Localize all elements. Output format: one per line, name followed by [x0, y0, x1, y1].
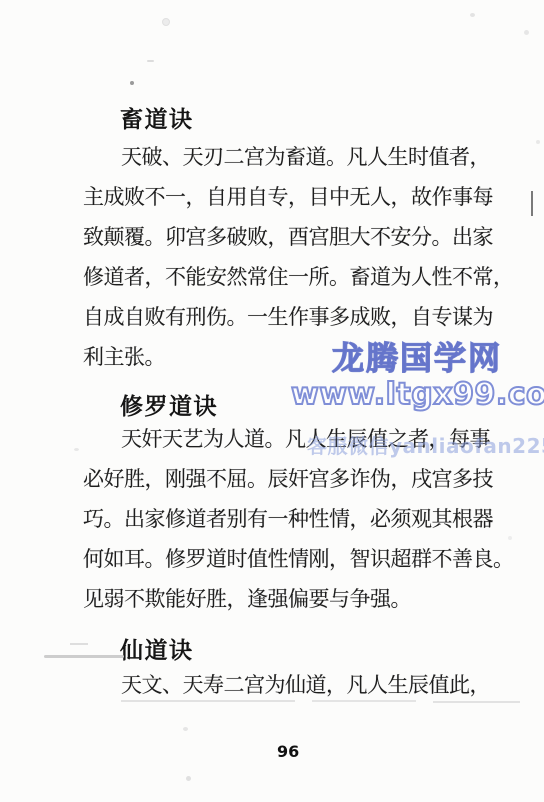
watermark-contact-wechat: 客服微信yanliaofan225 — [307, 430, 544, 459]
watermark-site-name: 龙腾国学网 — [332, 333, 502, 379]
scan-speckle — [508, 536, 512, 540]
section-heading-xiuluodao: 修罗道诀 — [120, 388, 218, 421]
text-line: 天文、天寿二宫为仙道，凡人生辰值此， — [83, 665, 503, 705]
scan-artifact-faint-rule — [121, 700, 295, 702]
section-heading-chudao: 畜道诀 — [120, 101, 194, 134]
scan-speckle — [524, 30, 529, 35]
section-heading-xiandao: 仙道诀 — [120, 632, 194, 665]
text-line: 天破、天刃二宫为畜道。凡人生时值者， — [83, 137, 503, 177]
scan-speckle — [536, 140, 540, 144]
scan-speckle — [183, 727, 188, 731]
scan-artifact-vertical-dash — [531, 191, 533, 216]
text-line: 何如耳。修罗道时值性情刚，智识超群不善良。 — [83, 539, 503, 579]
scan-artifact-gray-line — [70, 643, 88, 645]
text-line: 自成自败有刑伤。一生作事多成败，自专谋为 — [83, 297, 503, 337]
scan-speckle — [147, 60, 154, 62]
scan-artifact-faint-rule — [312, 700, 416, 702]
watermark-url: www.ltgx99.com — [291, 377, 544, 412]
text-line: 巧。出家修道者别有一种性情，必须观其根器 — [83, 499, 503, 539]
scan-artifact-faint-rule — [433, 701, 520, 703]
scan-speckle — [470, 13, 475, 17]
scan-speckle — [74, 448, 79, 451]
text-line: 修道者，不能安然常住一所。畜道为人性不常， — [83, 257, 503, 297]
scanned-book-page: 畜道诀 天破、天刃二宫为畜道。凡人生时值者， 主成败不一，自用自专，目中无人，故… — [0, 0, 544, 802]
page-number: 96 — [277, 742, 299, 761]
text-line: 必好胜，刚强不屈。辰奸宫多诈伪，戌宫多技 — [83, 459, 503, 499]
scan-speckle — [130, 81, 134, 85]
scan-artifact-gray-line — [44, 655, 124, 658]
text-line: 致颠覆。卯宫多破败，酉宫胆大不安分。出家 — [83, 217, 503, 257]
paragraph-xiandao: 天文、天寿二宫为仙道，凡人生辰值此， — [83, 665, 503, 705]
text-line: 见弱不欺能好胜，逢强偏要与争强。 — [83, 579, 503, 619]
scan-speckle — [162, 18, 170, 26]
text-line: 主成败不一，自用自专，目中无人，故作事每 — [83, 177, 503, 217]
scan-speckle — [186, 776, 191, 781]
